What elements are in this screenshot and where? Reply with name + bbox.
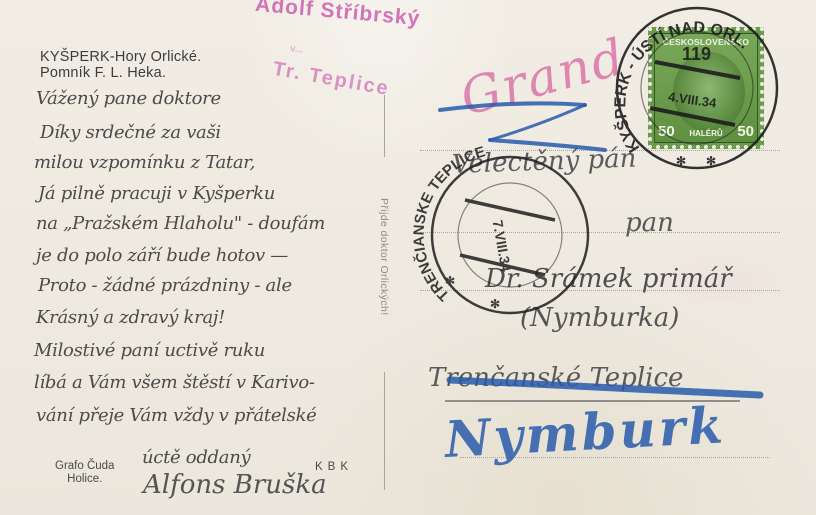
svg-text:119: 119 [682,44,711,64]
postcard: KYŠPERK-Hory Orlické. Pomník F. L. Heka.… [0,0,816,515]
svg-text:✻: ✻ [706,154,716,168]
blue-strike-lines [440,103,760,395]
postmark-kysperk: KYŠPERK - ÚSTÍ NAD ORL. 119 4.VIII.34 ✻ … [612,8,777,168]
postmark-overlay: KYŠPERK - ÚSTÍ NAD ORL. 119 4.VIII.34 ✻ … [0,0,816,515]
svg-text:✻: ✻ [490,297,500,311]
svg-text:4.VIII.34: 4.VIII.34 [667,89,718,111]
postmark-trencianske: TRENČIANSKE TEPLICE 7.VIII.34 ✻ ✻ [410,143,588,313]
svg-text:✻: ✻ [445,274,455,288]
svg-text:✻: ✻ [676,154,686,168]
